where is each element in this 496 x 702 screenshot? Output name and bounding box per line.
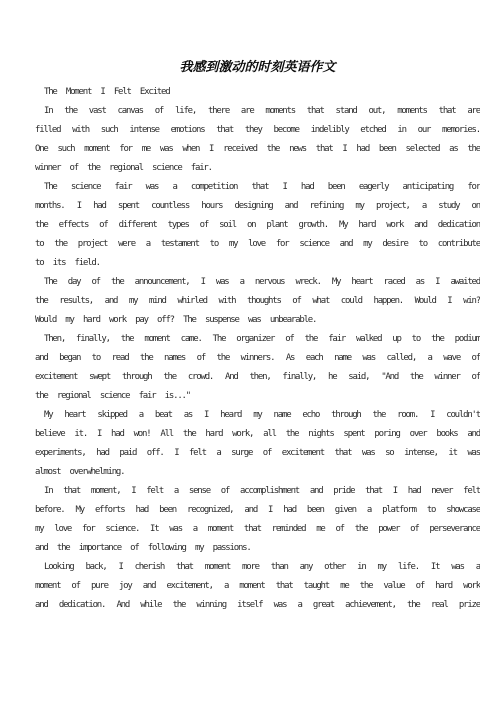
essay-line: my love for science. It was a moment tha… xyxy=(35,520,480,539)
essay-heading-english: The Moment I Felt Excited xyxy=(35,83,480,102)
essay-line: In the vast canvas of life, there are mo… xyxy=(35,102,480,121)
essay-line: excitement swept through the crowd. And … xyxy=(35,368,480,387)
essay-line: filled with such intense emotions that t… xyxy=(35,121,480,140)
essay-line: winner of the regional science fair. xyxy=(35,159,480,178)
essay-line: the regional science fair is..." xyxy=(35,387,480,406)
essay-line: to the project were a testament to my lo… xyxy=(35,235,480,254)
essay-line: My heart skipped a beat as I heard my na… xyxy=(35,406,480,425)
essay-line: Would my hard work pay off? The suspense… xyxy=(35,311,480,330)
essay-line: The day of the announcement, I was a ner… xyxy=(35,273,480,292)
essay-line: and dedication. And while the winning it… xyxy=(35,596,480,615)
essay-line: almost overwhelming. xyxy=(35,463,480,482)
essay-line: and the importance of following my passi… xyxy=(35,539,480,558)
essay-title-chinese: 我感到激动的时刻英语作文 xyxy=(35,59,480,77)
essay-line: the effects of different types of soil o… xyxy=(35,216,480,235)
essay-line: In that moment, I felt a sense of accomp… xyxy=(35,482,480,501)
essay-line: Looking back, I cherish that moment more… xyxy=(35,558,480,577)
essay-line: months. I had spent countless hours desi… xyxy=(35,197,480,216)
essay-line: believe it. I had won! All the hard work… xyxy=(35,425,480,444)
essay-line: before. My efforts had been recognized, … xyxy=(35,501,480,520)
essay-line: and began to read the names of the winne… xyxy=(35,349,480,368)
essay-line: to its field. xyxy=(35,254,480,273)
document-page: 我感到激动的时刻英语作文 The Moment I Felt Excited I… xyxy=(0,0,496,702)
essay-line: Then, finally, the moment came. The orga… xyxy=(35,330,480,349)
essay-body: The Moment I Felt Excited In the vast ca… xyxy=(35,83,480,615)
essay-line: moment of pure joy and excitement, a mom… xyxy=(35,577,480,596)
essay-line: One such moment for me was when I receiv… xyxy=(35,140,480,159)
essay-line: experiments, had paid off. I felt a surg… xyxy=(35,444,480,463)
essay-line: The science fair was a competition that … xyxy=(35,178,480,197)
essay-line: the results, and my mind whirled with th… xyxy=(35,292,480,311)
